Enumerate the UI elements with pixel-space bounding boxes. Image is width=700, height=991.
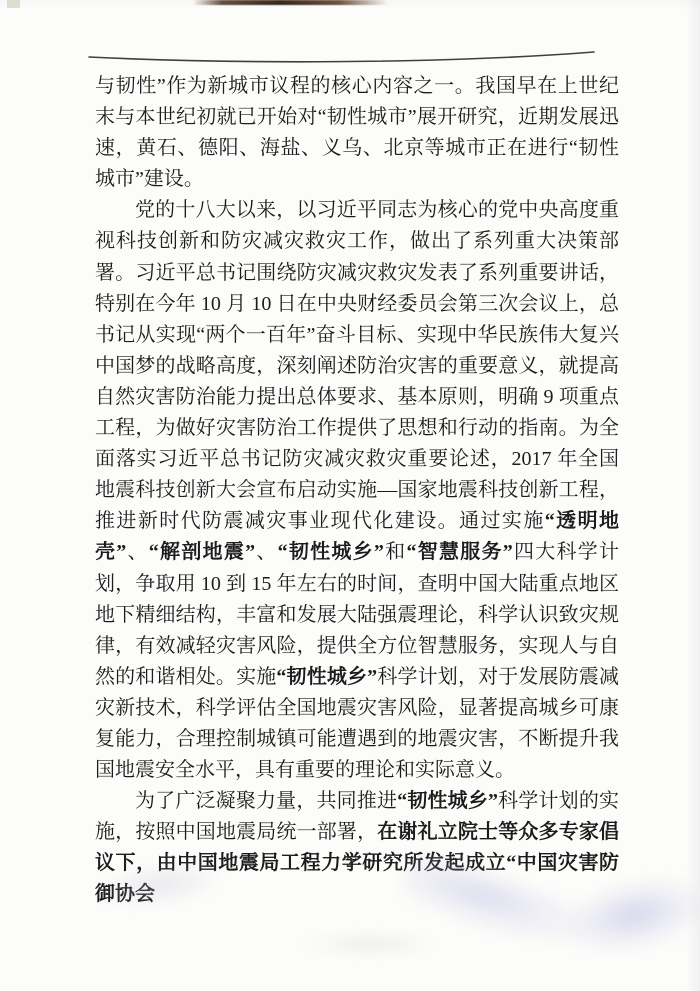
paragraph: 党的十八大以来，以习近平同志为核心的党中央高度重视科技创新和防灾减灾救灾工作，做… [95, 195, 619, 786]
document-body: 与韧性”作为新城市议程的核心内容之一。我国早在上世纪末与本世纪初就已开始对“韧性… [95, 71, 619, 911]
page-top-rule [0, 0, 700, 80]
text-segment: 为了广泛凝聚力量，共同推进 [135, 790, 397, 812]
text-segment: 和 [384, 541, 407, 563]
text-segment: 、 [126, 541, 149, 563]
text-segment: 、 [255, 541, 278, 563]
scan-smudge-artifact [300, 935, 440, 953]
text-segment: 党的十八大以来，以习近平同志为核心的党中央高度重视科技创新和防灾减灾救灾工作，做… [95, 199, 619, 532]
text-segment: 与韧性”作为新城市议程的核心内容之一。我国早在上世纪末与本世纪初就已开始对“韧性… [95, 75, 619, 190]
paragraph: 与韧性”作为新城市议程的核心内容之一。我国早在上世纪末与本世纪初就已开始对“韧性… [95, 71, 619, 195]
paragraph: 为了广泛凝聚力量，共同推进“韧性城乡”科学计划的实施，按照中国地震局统一部署，在… [95, 786, 619, 910]
bold-text-segment: “韧性城乡” [397, 790, 498, 812]
bold-text-segment: “解剖地震” [149, 541, 255, 563]
scanned-document-page: 与韧性”作为新城市议程的核心内容之一。我国早在上世纪末与本世纪初就已开始对“韧性… [0, 0, 700, 991]
bold-text-segment: “智慧服务” [406, 541, 512, 563]
bold-text-segment: “韧性城乡” [276, 666, 377, 688]
page-number: 2 [0, 855, 700, 872]
bold-text-segment: “韧性城乡” [278, 541, 384, 563]
